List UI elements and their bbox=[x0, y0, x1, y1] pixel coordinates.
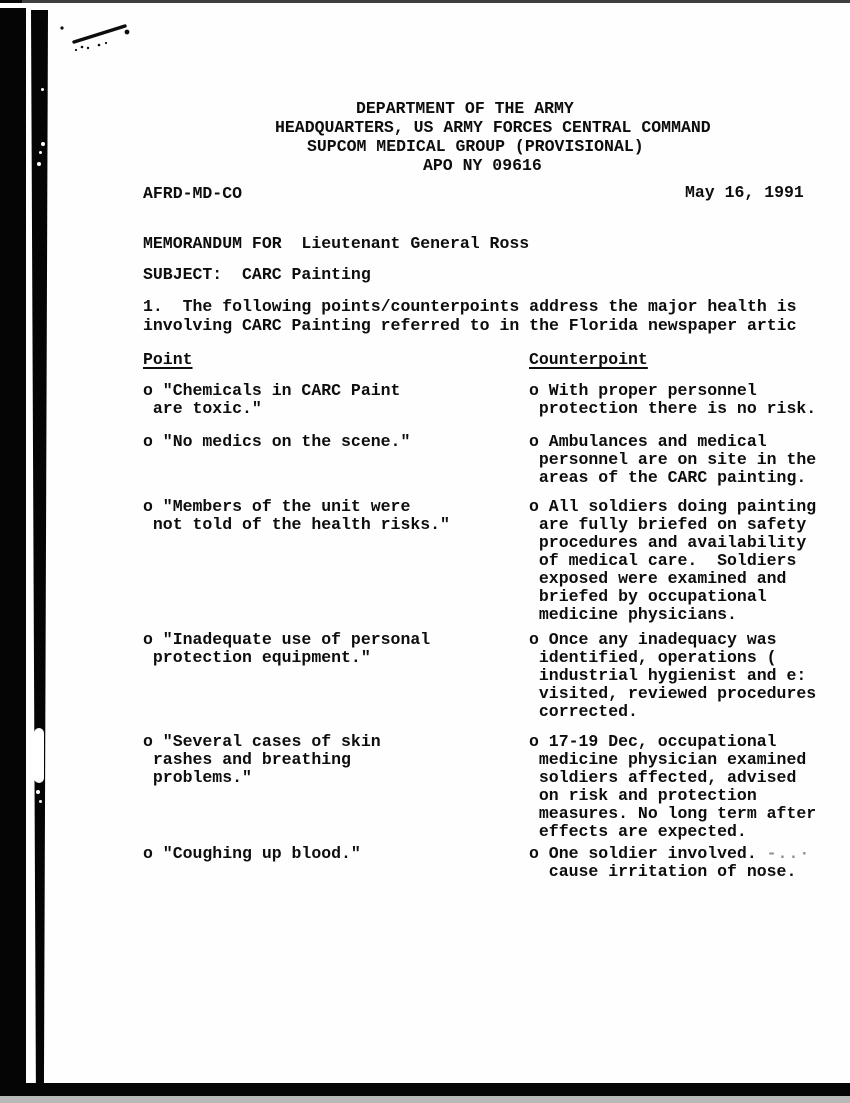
counterpoint-cell-1: o With proper personnel protection there… bbox=[529, 382, 816, 418]
pen-scribble-icon bbox=[55, 20, 145, 60]
counterpoint-6-line2: cause irritation of nose. bbox=[529, 862, 796, 881]
counterpoint-cell-4: o Once any inadequacy was identified, op… bbox=[529, 631, 816, 721]
scan-speck bbox=[39, 800, 42, 803]
point-cell-1: o "Chemicals in CARC Paint are toxic." bbox=[143, 382, 400, 418]
point-cell-3: o "Members of the unit were not told of … bbox=[143, 498, 450, 534]
letterhead-line-1: DEPARTMENT OF THE ARMY bbox=[356, 100, 574, 118]
scan-speck bbox=[41, 142, 45, 146]
scan-top-strip bbox=[0, 0, 850, 3]
scan-white-blob bbox=[34, 728, 44, 783]
scan-left-bar-outer bbox=[0, 8, 26, 1092]
scan-speck bbox=[36, 790, 40, 794]
letterhead-line-3: SUPCOM MEDICAL GROUP (PROVISIONAL) bbox=[307, 138, 644, 156]
point-cell-5: o "Several cases of skin rashes and brea… bbox=[143, 733, 381, 787]
counterpoint-6-faded-mark: -..· bbox=[767, 844, 811, 863]
counterpoint-6-line1: o One soldier involved. bbox=[529, 844, 767, 863]
scan-speck bbox=[41, 88, 44, 91]
scan-speck bbox=[37, 162, 41, 166]
counterpoint-cell-3: o All soldiers doing painting are fully … bbox=[529, 498, 816, 624]
letterhead-line-2: HEADQUARTERS, US ARMY FORCES CENTRAL COM… bbox=[275, 119, 711, 137]
scanned-memo-page: DEPARTMENT OF THE ARMY HEADQUARTERS, US … bbox=[0, 0, 850, 1103]
point-cell-4: o "Inadequate use of personal protection… bbox=[143, 631, 430, 667]
counterpoint-column-header: Counterpoint bbox=[529, 351, 648, 369]
scan-bottom-strip bbox=[0, 1096, 850, 1103]
paragraph-1: 1. The following points/counterpoints ad… bbox=[143, 297, 797, 335]
date: May 16, 1991 bbox=[685, 184, 804, 202]
letterhead-line-4: APO NY 09616 bbox=[423, 157, 542, 175]
point-column-header: Point bbox=[143, 351, 193, 369]
counterpoint-cell-2: o Ambulances and medical personnel are o… bbox=[529, 433, 816, 487]
counterpoint-cell-5: o 17-19 Dec, occupational medicine physi… bbox=[529, 733, 816, 841]
scan-speck bbox=[39, 151, 42, 154]
counterpoint-cell-6: o One soldier involved. -..· cause irrit… bbox=[529, 845, 810, 881]
office-symbol: AFRD-MD-CO bbox=[143, 185, 242, 203]
subject-line: SUBJECT: CARC Painting bbox=[143, 266, 371, 284]
memorandum-for-line: MEMORANDUM FOR Lieutenant General Ross bbox=[143, 235, 529, 253]
scan-top-strip-black bbox=[0, 0, 22, 3]
scan-bottom-bar bbox=[0, 1083, 850, 1096]
point-cell-2: o "No medics on the scene." bbox=[143, 433, 410, 451]
point-cell-6: o "Coughing up blood." bbox=[143, 845, 361, 863]
scan-left-bar-inner bbox=[31, 10, 48, 1092]
